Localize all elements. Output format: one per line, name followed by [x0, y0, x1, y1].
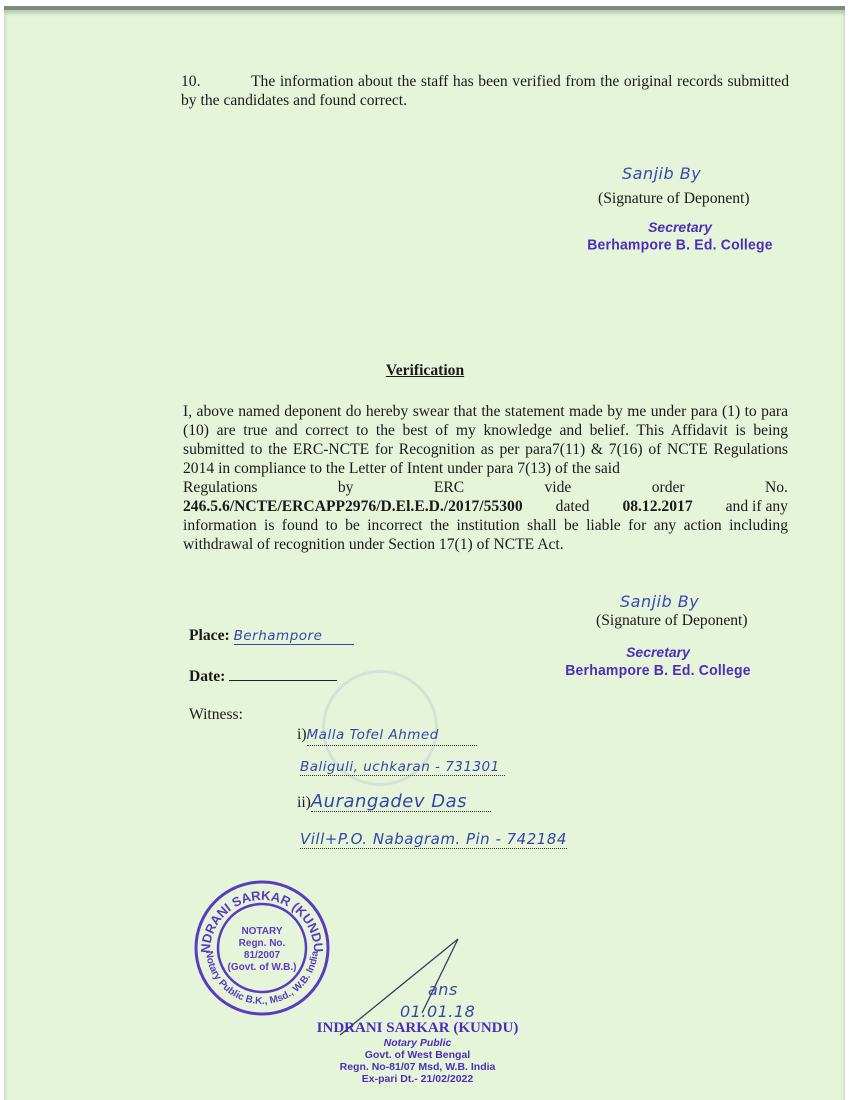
place-value: Berhampore: [234, 628, 354, 645]
date-value: [229, 666, 337, 681]
word: No.: [765, 478, 788, 497]
witness-2-address-line: Vill+P.O. Nabagram. Pin - 742184: [300, 830, 567, 849]
notary-title: Notary Public: [310, 1037, 525, 1049]
verification-paragraph: I, above named deponent do hereby swear …: [183, 402, 788, 554]
date-label: Date:: [189, 668, 225, 685]
notary-initials: ans: [428, 980, 458, 999]
order-number: 246.5.6/NCTE/ERCAPP2976/D.El.E.D./2017/5…: [183, 497, 523, 516]
word: dated: [556, 497, 590, 516]
verification-closing: information is found to be incorrect the…: [183, 516, 788, 554]
paragraph-10: 10.The information about the staff has b…: [181, 72, 789, 110]
notary-seal-icon: ★INDRANI SARKAR (KUNDU)★ Notary Public B…: [192, 878, 332, 1018]
svg-text:81/2007: 81/2007: [244, 950, 281, 961]
verification-spread-line: Regulations by ERC vide order No.: [183, 478, 788, 497]
verification-heading: Verification: [0, 362, 850, 380]
place-label: Place:: [189, 627, 230, 644]
college-stamp-1: Berhampore B. Ed. College: [560, 236, 800, 253]
secretary-stamp-title-2: Secretary: [538, 644, 778, 660]
notary-regn: Regn. No-81/07 Msd, W.B. India: [310, 1061, 525, 1073]
witness-2-address: Vill+P.O. Nabagram. Pin - 742184: [300, 830, 567, 849]
signature-caption-1: (Signature of Deponent): [598, 190, 750, 208]
deponent-signature-1: Sanjib By: [622, 164, 701, 183]
college-stamp-2: Berhampore B. Ed. College: [538, 662, 778, 679]
witness-1-address-line: Baliguli, uchkaran - 731301: [300, 758, 505, 776]
witness-prefix: i): [297, 726, 307, 743]
place-field: Place: Berhampore: [189, 627, 354, 645]
word: and if any: [726, 497, 788, 516]
notary-signature-stamp: INDRANI SARKAR (KUNDU) Notary Public Gov…: [310, 1020, 525, 1085]
signature-caption-2: (Signature of Deponent): [596, 612, 748, 630]
witness-2-name-line: ii)Aurangadev Das: [297, 792, 491, 812]
witness-2-name: Aurangadev Das: [311, 792, 491, 812]
notary-seal: ★INDRANI SARKAR (KUNDU)★ Notary Public B…: [192, 878, 332, 1018]
order-line: 246.5.6/NCTE/ERCAPP2976/D.El.E.D./2017/5…: [183, 497, 788, 516]
witness-label: Witness:: [189, 705, 243, 724]
verification-body: I, above named deponent do hereby swear …: [183, 402, 788, 478]
word: Regulations: [183, 478, 258, 497]
svg-text:(Govt. of W.B.): (Govt. of W.B.): [228, 962, 297, 973]
word: ERC: [434, 478, 464, 497]
deponent-signature-2: Sanjib By: [620, 592, 699, 611]
notary-govt: Govt. of West Bengal: [310, 1049, 525, 1061]
word: by: [338, 478, 354, 497]
svg-text:Regn. No.: Regn. No.: [239, 938, 286, 949]
word: vide: [545, 478, 572, 497]
witness-prefix: ii): [297, 794, 311, 811]
witness-1-name: Malla Tofel Ahmed: [307, 726, 477, 746]
notary-name: INDRANI SARKAR (KUNDU): [310, 1020, 525, 1037]
order-date: 08.12.2017: [622, 497, 692, 516]
notary-expiry: Ex-pari Dt.- 21/02/2022: [310, 1073, 525, 1085]
notary-sign-date: 01.01.18: [400, 1002, 475, 1021]
date-field: Date:: [189, 666, 337, 686]
paragraph-number: 10.: [181, 72, 251, 91]
secretary-stamp-title-1: Secretary: [560, 219, 800, 235]
paragraph-text: The information about the staff has been…: [181, 73, 789, 109]
svg-text:NOTARY: NOTARY: [241, 926, 282, 937]
word: order: [652, 478, 685, 497]
witness-1-address: Baliguli, uchkaran - 731301: [300, 759, 505, 776]
witness-1-name-line: i)Malla Tofel Ahmed: [297, 725, 477, 746]
